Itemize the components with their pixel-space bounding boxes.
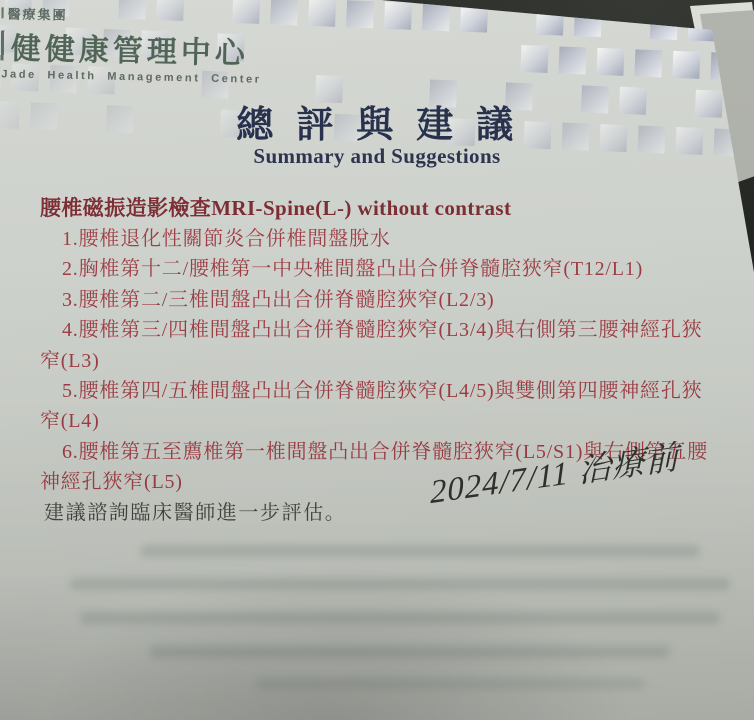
showthrough-line xyxy=(140,545,700,557)
logo-group-text: 醫療集團 xyxy=(7,3,67,23)
showthrough-line xyxy=(255,678,645,690)
clipped-glyph xyxy=(0,7,4,19)
clinic-logo: 醫療集團 健健康管理中心 Jade Health Management Cent… xyxy=(0,3,263,86)
page-subtitle: Summary and Suggestions xyxy=(0,144,754,169)
exam-heading: 腰椎磁振造影檢查MRI-Spine(L-) without contrast xyxy=(40,192,740,224)
page-content: 醫療集團 健健康管理中心 Jade Health Management Cent… xyxy=(0,0,754,720)
report-line: 1.腰椎退化性關節炎合併椎間盤脫水 xyxy=(40,224,740,254)
report-line: 2.胸椎第十二/腰椎第一中央椎間盤凸出合併脊髓腔狹窄(T12/L1) xyxy=(40,254,740,284)
page-title: 總評與建議 xyxy=(0,94,754,148)
report-page: 醫療集團 健健康管理中心 Jade Health Management Cent… xyxy=(0,0,754,720)
report-line: 4.腰椎第三/四椎間盤凸出合併脊髓腔狹窄(L3/4)與右側第三腰神經孔狹 xyxy=(40,315,740,345)
showthrough-line xyxy=(80,612,720,624)
report-line: 窄(L4) xyxy=(40,406,740,436)
report-line: 建議諮詢臨床醫師進一步評估。 xyxy=(40,498,740,528)
clipped-glyph xyxy=(0,30,7,60)
report-line: 窄(L3) xyxy=(40,346,740,376)
showthrough-line xyxy=(70,578,730,590)
logo-brand-text: 健健康管理中心 xyxy=(10,24,249,73)
report-line: 5.腰椎第四/五椎間盤凸出合併脊髓腔狹窄(L4/5)與雙側第四腰神經孔狹 xyxy=(40,376,740,406)
report-line: 3.腰椎第二/三椎間盤凸出合併脊髓腔狹窄(L2/3) xyxy=(40,285,740,315)
showthrough-line xyxy=(150,646,670,658)
logo-brand-line: 健健康管理中心 xyxy=(0,23,263,73)
